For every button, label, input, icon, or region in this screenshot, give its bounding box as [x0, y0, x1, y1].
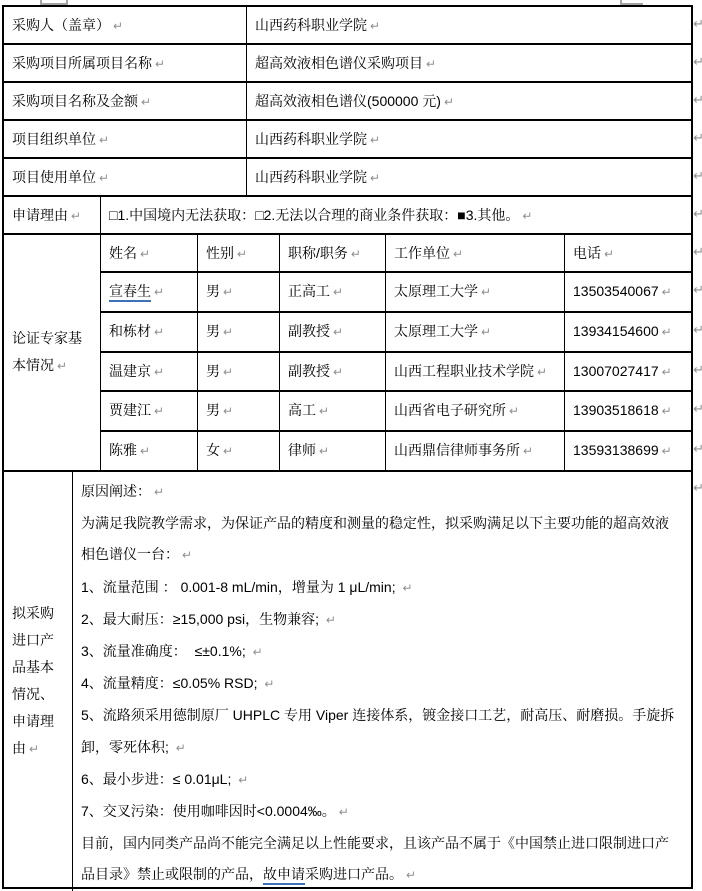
- paragraph-mark: ↵: [453, 247, 463, 261]
- paragraph-mark: ↵: [29, 742, 39, 756]
- row-label-project-amount: 采购项目名称及金额↵: [4, 83, 247, 119]
- header-text: 职称/职务: [288, 245, 348, 261]
- paragraph-mark: ↵: [351, 247, 361, 261]
- expert-org-cell: 山西省电子研究所↵: [386, 392, 565, 430]
- expert-name-cell: 贾建江↵: [101, 392, 198, 430]
- paragraph-mark: ↵: [223, 325, 233, 339]
- header-text: 姓名: [109, 245, 137, 261]
- expert-title: 正高工: [288, 283, 330, 299]
- paragraph-mark: ↵: [319, 444, 329, 458]
- checkbox-options-text: □1.中国境内无法获取：□2.无法以合理的商业条件获取：■3.其他。: [109, 207, 519, 223]
- paragraph-text: 5、流路须采用德制原厂 UHPLC 专用 Viper 连接体系，镀金接口工艺，耐…: [81, 707, 674, 754]
- paragraph-mark: ↵: [326, 613, 336, 627]
- paragraph-mark: ↵: [238, 773, 248, 787]
- row-label-text: 采购人（盖章）: [12, 17, 110, 33]
- expert-title-cell: 律师↵: [280, 432, 386, 470]
- expert-name-cell: 陈雅↵: [101, 432, 198, 470]
- experts-section: 论证专家基本情况↵ 姓名↵ 性别↵ 职称/职务↵ 工作单位↵ 电话↵ ↵ 宣春生…: [4, 235, 691, 472]
- expert-title-cell: 副教授↵: [280, 353, 386, 391]
- row-end-mark: ↵: [693, 16, 702, 32]
- import-reason-content: 原因阐述：↵ 为满足我院教学需求，为保证产品的精度和测量的稳定性，拟采购满足以下…: [73, 472, 691, 891]
- expert-title-cell: 正高工↵: [280, 273, 386, 311]
- expert-title-cell: 高工↵: [280, 392, 386, 430]
- paragraph-mark: ↵: [99, 133, 109, 147]
- reason-paragraph: 1、流量范围 ： 0.001-8 mL/min，增量为 1 μL/min; ↵: [81, 572, 681, 604]
- paragraph-mark: ↵: [662, 285, 672, 299]
- reason-paragraph: 5、流路须采用德制原厂 UHPLC 专用 Viper 连接体系，镀金接口工艺，耐…: [81, 700, 681, 763]
- reason-paragraph: 3、流量准确度： ≤±0.1%; ↵: [81, 636, 681, 668]
- expert-org: 山西省电子研究所: [394, 402, 506, 418]
- row-label-user-unit: 项目使用单位↵: [4, 159, 247, 195]
- expert-org: 山西鼎信律师事务所: [394, 442, 520, 458]
- expert-row: 和栋材↵ 男↵ 副教授↵ 太原理工大学↵ 13934154600↵ ↵: [101, 313, 691, 353]
- row-label-text: 项目使用单位: [12, 169, 96, 185]
- expert-org: 太原理工大学: [394, 323, 478, 339]
- row-end-mark: ↵: [693, 322, 702, 338]
- expert-gender-cell: 男↵: [198, 353, 280, 391]
- row-value-text: 山西药科职业学院: [255, 131, 367, 147]
- expert-phone: 13934154600: [573, 323, 659, 339]
- expert-org-cell: 山西工程职业技术学院↵: [386, 353, 565, 391]
- paragraph-mark: ↵: [113, 19, 123, 33]
- row-end-mark: ↵: [693, 480, 702, 496]
- reason-paragraph: 原因阐述：↵: [81, 476, 681, 508]
- paragraph-mark: ↵: [662, 365, 672, 379]
- paragraph-mark: ↵: [662, 325, 672, 339]
- paragraph-mark: ↵: [176, 741, 186, 755]
- expert-phone: 13503540067: [573, 283, 659, 299]
- row-value-project-amount: 超高效液相色谱仪(500000 元)↵: [247, 83, 691, 119]
- experts-header-row: 姓名↵ 性别↵ 职称/职务↵ 工作单位↵ 电话↵ ↵: [101, 235, 691, 273]
- col-header-gender: 性别↵: [198, 235, 280, 271]
- row-end-mark: ↵: [693, 92, 702, 108]
- paragraph-text: 2、最大耐压：≥15,000 psi，生物兼容;: [81, 611, 323, 627]
- row-end-mark: ↵: [693, 401, 702, 417]
- row-label-purchaser: 采购人（盖章）↵: [4, 7, 247, 43]
- paragraph-mark: ↵: [154, 404, 164, 418]
- paragraph-mark: ↵: [154, 325, 164, 339]
- reason-paragraph: 为满足我院教学需求，为保证产品的精度和测量的稳定性，拟采购满足以下主要功能的超高…: [81, 508, 681, 571]
- row-value-purchaser: 山西药科职业学院↵: [247, 7, 691, 43]
- expert-title-cell: 副教授↵: [280, 313, 386, 351]
- col-header-title: 职称/职务↵: [280, 235, 386, 271]
- paragraph-text: 4、流量精度：≤0.05% RSD;: [81, 675, 261, 691]
- col-header-phone: 电话↵: [565, 235, 691, 271]
- expert-org-cell: 太原理工大学↵: [386, 313, 565, 351]
- row-label-text: 项目组织单位: [12, 131, 96, 147]
- paragraph-mark: ↵: [426, 57, 436, 71]
- expert-phone: 13593138699: [573, 442, 659, 458]
- header-text: 性别: [206, 245, 234, 261]
- header-text: 电话: [573, 245, 601, 261]
- table-row: 采购项目名称及金额↵ 超高效液相色谱仪(500000 元)↵ ↵: [4, 83, 691, 121]
- reason-paragraph: 6、最小步进：≤ 0.01μL; ↵: [81, 764, 681, 796]
- row-end-mark: ↵: [693, 54, 702, 70]
- paragraph-mark: ↵: [444, 95, 454, 109]
- row-end-mark: ↵: [693, 244, 702, 260]
- paragraph-mark: ↵: [154, 285, 164, 299]
- expert-org: 山西工程职业技术学院: [394, 363, 534, 379]
- reason-paragraph: 4、流量精度：≤0.05% RSD; ↵: [81, 668, 681, 700]
- paragraph-mark: ↵: [253, 645, 263, 659]
- expert-phone-cell: 13934154600↵: [565, 313, 691, 351]
- paragraph-mark: ↵: [333, 285, 343, 299]
- paragraph-mark: ↵: [333, 365, 343, 379]
- expert-gender: 男: [206, 283, 220, 299]
- paragraph-mark: ↵: [223, 285, 233, 299]
- procurement-table: 采购人（盖章）↵ 山西药科职业学院↵ ↵ 采购项目所属项目名称↵ 超高效液相色谱…: [2, 5, 693, 889]
- reason-final-paragraph: 目前，国内同类产品尚不能完全满足以上性能要求，且该产品不属于《中国禁止进口限制进…: [81, 828, 681, 891]
- paragraph-text: 7、交叉污染：使用咖啡因时<0.0004‰。: [81, 803, 336, 819]
- row-end-mark: ↵: [693, 168, 702, 184]
- import-reason-label: 拟采购进口产品基本情况、申请理由↵: [4, 472, 73, 891]
- paragraph-mark: ↵: [140, 247, 150, 261]
- row-value-text: 超高效液相色谱仪采购项目: [255, 55, 423, 71]
- row-label-text: 采购项目名称及金额: [12, 93, 138, 109]
- paragraph-mark: ↵: [237, 247, 247, 261]
- row-label-parent-project: 采购项目所属项目名称↵: [4, 45, 247, 81]
- expert-phone-cell: 13593138699↵: [565, 432, 691, 470]
- expert-title: 副教授: [288, 363, 330, 379]
- expert-phone-cell: 13503540067↵: [565, 273, 691, 311]
- row-label-text: 采购项目所属项目名称: [12, 55, 152, 71]
- paragraph-mark: ↵: [71, 209, 81, 223]
- row-end-mark: ↵: [693, 441, 702, 457]
- apply-reason-options: □1.中国境内无法获取：□2.无法以合理的商业条件获取：■3.其他。↵: [101, 197, 691, 233]
- apply-reason-row: 申请理由↵ □1.中国境内无法获取：□2.无法以合理的商业条件获取：■3.其他。…: [4, 197, 691, 235]
- row-end-mark: ↵: [693, 282, 702, 298]
- row-label-apply-reason: 申请理由↵: [4, 197, 101, 233]
- expert-gender: 男: [206, 363, 220, 379]
- expert-title: 高工: [288, 402, 316, 418]
- paragraph-text: 6、最小步进：≤ 0.01μL;: [81, 771, 235, 787]
- paragraph-mark: ↵: [223, 404, 233, 418]
- paragraph-mark: ↵: [537, 365, 547, 379]
- paragraph-mark: ↵: [141, 95, 151, 109]
- header-text: 工作单位: [394, 245, 450, 261]
- paragraph-text: 原因阐述：: [81, 483, 151, 499]
- row-end-mark: ↵: [693, 130, 702, 146]
- expert-row: 陈雅↵ 女↵ 律师↵ 山西鼎信律师事务所↵ 13593138699↵ ↵: [101, 432, 691, 470]
- expert-phone: 13007027417: [573, 363, 659, 379]
- paragraph-mark: ↵: [522, 209, 532, 223]
- paragraph-text: 采购进口产品。: [305, 866, 403, 882]
- expert-gender-cell: 男↵: [198, 392, 280, 430]
- paragraph-mark: ↵: [182, 548, 192, 562]
- paragraph-mark: ↵: [662, 404, 672, 418]
- paragraph-mark: ↵: [402, 581, 412, 595]
- row-end-mark: ↵: [693, 206, 702, 222]
- paragraph-mark: ↵: [99, 171, 109, 185]
- row-label-text: 拟采购进口产品基本情况、申请理由: [12, 605, 54, 756]
- expert-name-cell: 和栋材↵: [101, 313, 198, 351]
- paragraph-mark: ↵: [523, 444, 533, 458]
- row-label-text: 论证专家基本情况: [12, 330, 82, 373]
- paragraph-mark: ↵: [370, 171, 380, 185]
- expert-name: 陈雅: [109, 442, 137, 458]
- paragraph-text: 为满足我院教学需求，为保证产品的精度和测量的稳定性，拟采购满足以下主要功能的超高…: [81, 515, 669, 562]
- paragraph-mark: ↵: [264, 677, 274, 691]
- paragraph-mark: ↵: [481, 285, 491, 299]
- row-value-user-unit: 山西药科职业学院↵: [247, 159, 691, 195]
- paragraph-text: 3、流量准确度： ≤±0.1%;: [81, 643, 250, 659]
- expert-name: 温建京: [109, 363, 151, 379]
- expert-name: 和栋材: [109, 323, 151, 339]
- row-value-organizer: 山西药科职业学院↵: [247, 121, 691, 157]
- row-label-organizer: 项目组织单位↵: [4, 121, 247, 157]
- row-value-text: 山西药科职业学院: [255, 17, 367, 33]
- expert-phone-cell: 13007027417↵: [565, 353, 691, 391]
- paragraph-mark: ↵: [319, 404, 329, 418]
- expert-name-cell: 宣春生↵: [101, 273, 198, 311]
- paragraph-mark: ↵: [154, 365, 164, 379]
- row-end-mark: ↵: [693, 362, 702, 378]
- experts-table: 姓名↵ 性别↵ 职称/职务↵ 工作单位↵ 电话↵ ↵ 宣春生↵ 男↵ 正高工↵ …: [101, 235, 691, 470]
- underlined-phrase: 故申请: [263, 866, 305, 885]
- expert-title: 副教授: [288, 323, 330, 339]
- expert-gender-cell: 男↵: [198, 273, 280, 311]
- expert-org-cell: 太原理工大学↵: [386, 273, 565, 311]
- expert-row: 温建京↵ 男↵ 副教授↵ 山西工程职业技术学院↵ 13007027417↵ ↵: [101, 353, 691, 393]
- row-value-text: 超高效液相色谱仪(500000 元): [255, 93, 441, 109]
- expert-name: 贾建江: [109, 402, 151, 418]
- import-reason-section: 拟采购进口产品基本情况、申请理由↵ 原因阐述：↵ 为满足我院教学需求，为保证产品…: [4, 472, 691, 891]
- paragraph-mark: ↵: [406, 868, 416, 882]
- paragraph-mark: ↵: [662, 444, 672, 458]
- expert-gender: 男: [206, 402, 220, 418]
- table-row: 采购项目所属项目名称↵ 超高效液相色谱仪采购项目↵ ↵: [4, 45, 691, 83]
- paragraph-mark: ↵: [370, 19, 380, 33]
- expert-gender-cell: 男↵: [198, 313, 280, 351]
- paragraph-mark: ↵: [339, 805, 349, 819]
- expert-phone-cell: 13903518618↵: [565, 392, 691, 430]
- paragraph-mark: ↵: [223, 365, 233, 379]
- paragraph-mark: ↵: [155, 57, 165, 71]
- row-value-parent-project: 超高效液相色谱仪采购项目↵: [247, 45, 691, 81]
- paragraph-mark: ↵: [140, 444, 150, 458]
- table-row: 项目组织单位↵ 山西药科职业学院↵ ↵: [4, 121, 691, 159]
- col-header-name: 姓名↵: [101, 235, 198, 271]
- table-row: 采购人（盖章）↵ 山西药科职业学院↵ ↵: [4, 7, 691, 45]
- expert-name-underlined: 宣春生: [109, 283, 151, 302]
- reason-paragraph: 2、最大耐压：≥15,000 psi，生物兼容; ↵: [81, 604, 681, 636]
- expert-phone: 13903518618: [573, 402, 659, 418]
- expert-org: 太原理工大学: [394, 283, 478, 299]
- expert-title: 律师: [288, 442, 316, 458]
- expert-org-cell: 山西鼎信律师事务所↵: [386, 432, 565, 470]
- paragraph-mark: ↵: [57, 359, 67, 373]
- paragraph-mark: ↵: [154, 485, 164, 499]
- expert-name-cell: 温建京↵: [101, 353, 198, 391]
- paragraph-text: 1、流量范围 ： 0.001-8 mL/min，增量为 1 μL/min;: [81, 579, 399, 595]
- col-header-org: 工作单位↵: [386, 235, 565, 271]
- paragraph-mark: ↵: [604, 247, 614, 261]
- expert-gender-cell: 女↵: [198, 432, 280, 470]
- document-page: 采购人（盖章）↵ 山西药科职业学院↵ ↵ 采购项目所属项目名称↵ 超高效液相色谱…: [0, 0, 702, 891]
- paragraph-mark: ↵: [223, 444, 233, 458]
- table-row: 项目使用单位↵ 山西药科职业学院↵ ↵: [4, 159, 691, 197]
- reason-paragraph: 7、交叉污染：使用咖啡因时<0.0004‰。↵: [81, 796, 681, 828]
- expert-row: 贾建江↵ 男↵ 高工↵ 山西省电子研究所↵ 13903518618↵ ↵: [101, 392, 691, 432]
- expert-gender: 女: [206, 442, 220, 458]
- paragraph-mark: ↵: [481, 325, 491, 339]
- expert-row: 宣春生↵ 男↵ 正高工↵ 太原理工大学↵ 13503540067↵ ↵: [101, 273, 691, 313]
- row-value-text: 山西药科职业学院: [255, 169, 367, 185]
- expert-gender: 男: [206, 323, 220, 339]
- paragraph-mark: ↵: [370, 133, 380, 147]
- experts-section-label: 论证专家基本情况↵: [4, 235, 101, 470]
- row-label-text: 申请理由: [12, 207, 68, 223]
- paragraph-mark: ↵: [509, 404, 519, 418]
- paragraph-mark: ↵: [333, 325, 343, 339]
